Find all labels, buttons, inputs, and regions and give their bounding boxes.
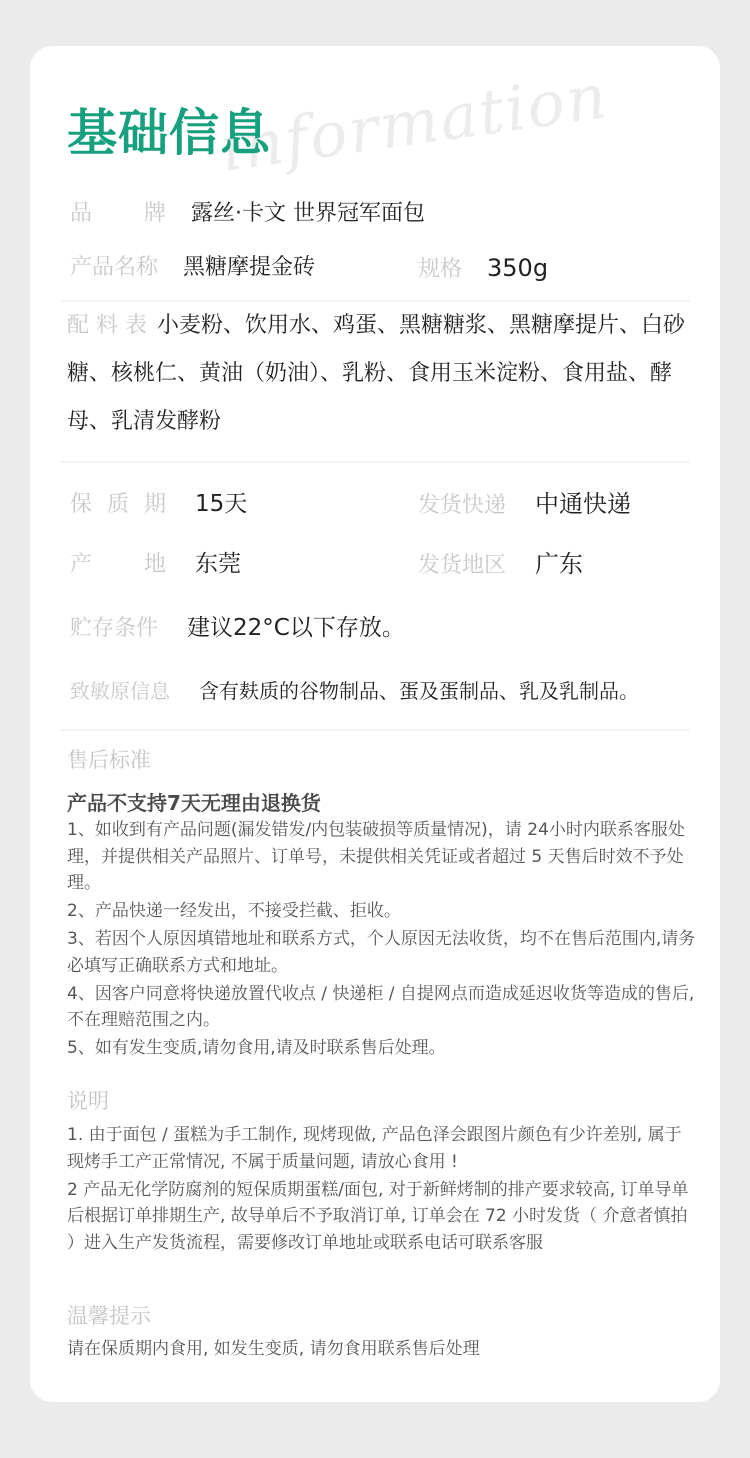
tips-title: 温馨提示: [67, 1300, 151, 1330]
shelf-life-label: 保 质 期: [70, 490, 166, 520]
product-name-value: 黑糖摩提金砖: [183, 255, 315, 280]
tips-text: 请在保质期内食用, 如发生变质, 请勿食用联系售后处理: [67, 1336, 697, 1363]
ingredients-label: 配料表: [67, 302, 154, 350]
ship-region-label: 发货地区: [418, 551, 506, 581]
divider: [60, 729, 690, 731]
brand-row: 品 牌 露丝·卡文 世界冠军面包: [70, 199, 425, 229]
allergen-label: 致敏原信息: [70, 676, 170, 706]
after-sale-title: 售后标准: [67, 744, 151, 774]
info-card: information 基础信息 品 牌 露丝·卡文 世界冠军面包 产品名称 黑…: [30, 46, 720, 1402]
ingredients-value: 小麦粉、饮用水、鸡蛋、黑糖糖浆、黑糖摩提片、白砂糖、核桃仁、黄油（奶油）、乳粉、…: [67, 313, 685, 434]
storage-value: 建议22°C以下存放。: [187, 615, 405, 641]
ship-region-row: 发货地区 广东: [418, 549, 583, 581]
brand-value: 露丝·卡文 世界冠军面包: [191, 201, 425, 226]
page-title: 基础信息: [67, 98, 271, 168]
notes-item: 1. 由于面包 / 蛋糕为手工制作, 现烤现做, 产品色泽会跟图片颜色有少许差别…: [67, 1122, 697, 1175]
after-sale-item: 1、如收到有产品问题(漏发错发/内包装破损等质量情况)，请 24小时内联系客服处…: [67, 817, 697, 897]
courier-label: 发货快递: [418, 491, 506, 521]
shelf-life-value: 15天: [195, 491, 247, 517]
allergen-value: 含有麸质的谷物制品、蛋及蛋制品、乳及乳制品。: [199, 679, 639, 703]
spec-row: 规格 350g: [418, 253, 548, 285]
notes-title: 说明: [67, 1085, 109, 1115]
notes-list: 1. 由于面包 / 蛋糕为手工制作, 现烤现做, 产品色泽会跟图片颜色有少许差别…: [67, 1122, 697, 1258]
origin-row: 产 地 东莞: [70, 549, 241, 580]
spec-label: 规格: [418, 255, 462, 285]
ingredients-block: 配料表小麦粉、饮用水、鸡蛋、黑糖糖浆、黑糖摩提片、白砂糖、核桃仁、黄油（奶油）、…: [67, 302, 697, 446]
spec-value: 350g: [487, 254, 548, 282]
origin-label: 产 地: [70, 550, 166, 580]
after-sale-list: 1、如收到有产品问题(漏发错发/内包装破损等质量情况)，请 24小时内联系客服处…: [67, 817, 697, 1063]
divider: [60, 461, 690, 463]
after-sale-headline: 产品不支持7天无理由退换货: [67, 787, 321, 816]
brand-label: 品 牌: [70, 199, 166, 229]
origin-value: 东莞: [195, 551, 241, 577]
ship-region-value: 广东: [535, 550, 583, 578]
allergen-row: 致敏原信息 含有麸质的谷物制品、蛋及蛋制品、乳及乳制品。: [70, 676, 639, 707]
product-name-label: 产品名称: [70, 253, 158, 283]
storage-row: 贮存条件 建议22°C以下存放。: [70, 613, 405, 644]
courier-value: 中通快递: [535, 490, 631, 518]
after-sale-item: 3、若因个人原因填错地址和联系方式，个人原因无法收货，均不在售后范围内,请务必填…: [67, 926, 697, 979]
product-name-row: 产品名称 黑糖摩提金砖: [70, 253, 315, 283]
watermark-text: information: [217, 59, 613, 185]
storage-label: 贮存条件: [70, 614, 158, 644]
shelf-life-row: 保 质 期 15天: [70, 489, 247, 520]
courier-row: 发货快递 中通快递: [418, 489, 631, 521]
after-sale-item: 4、因客户同意将快递放置代收点 / 快递柜 / 自提网点而造成延迟收货等造成的售…: [67, 981, 697, 1034]
after-sale-item: 2、产品快递一经发出，不接受拦截、拒收。: [67, 898, 697, 925]
after-sale-item: 5、如有发生变质,请勿食用,请及时联系售后处理。: [67, 1035, 697, 1062]
notes-item: 2 产品无化学防腐剂的短保质期蛋糕/面包, 对于新鲜烤制的排产要求较高, 订单导…: [67, 1177, 697, 1257]
